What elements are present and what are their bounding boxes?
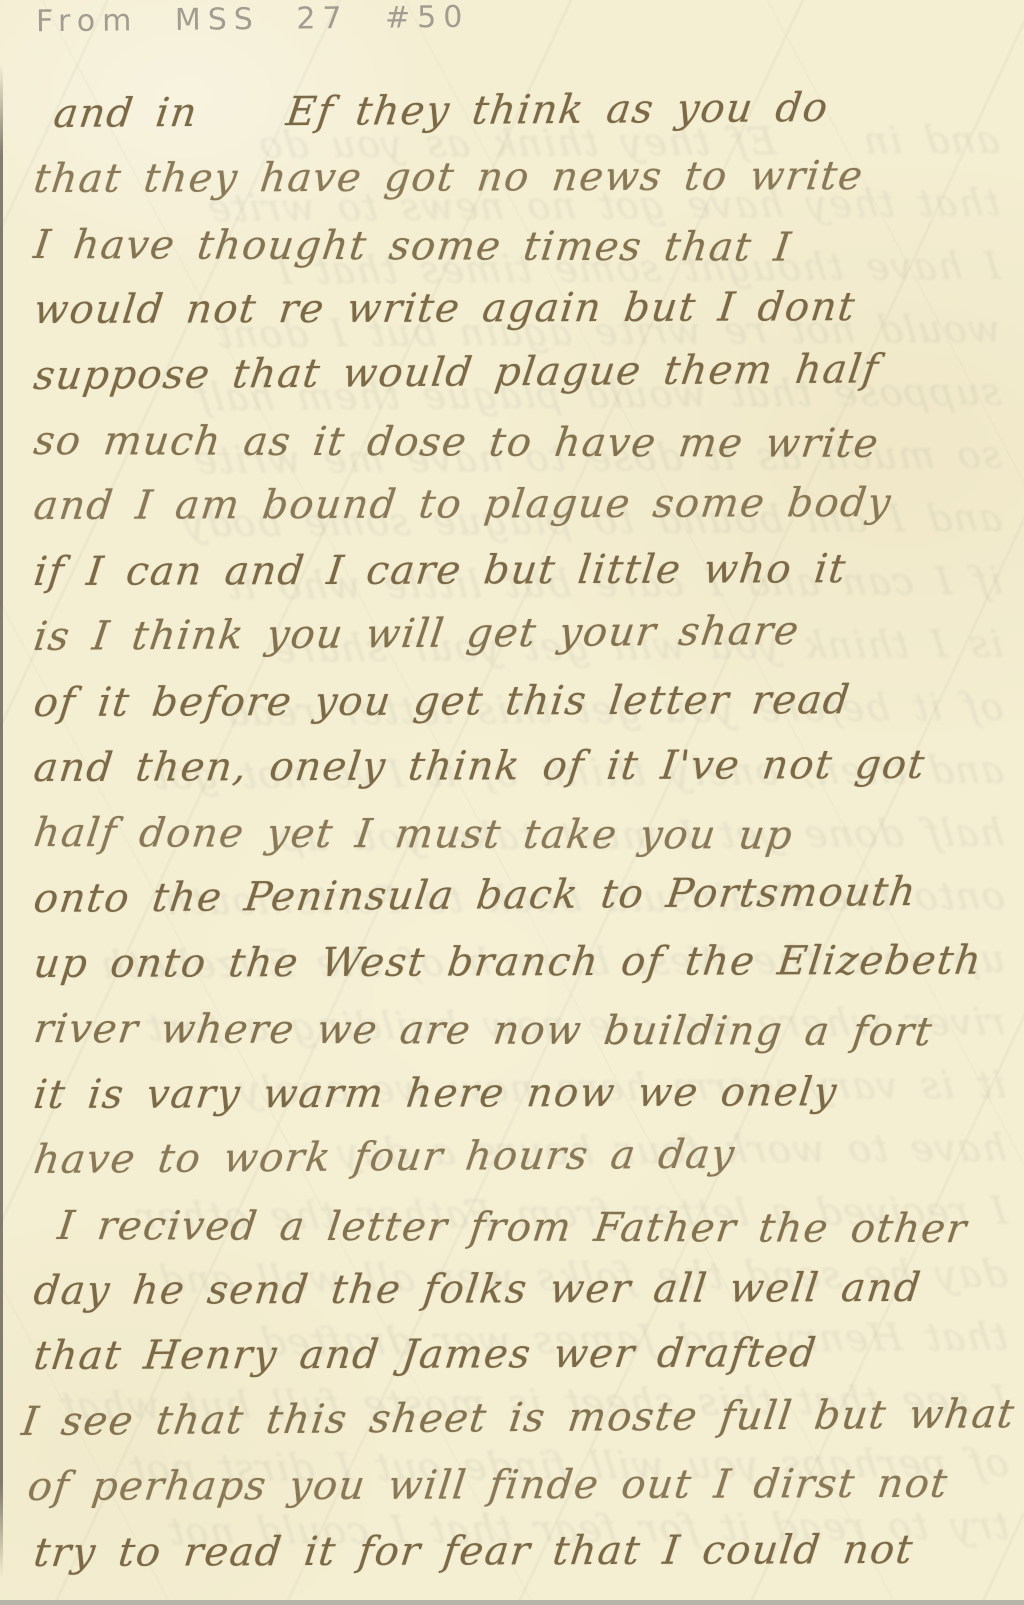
letter-line: and then, onely think of it I've not got [30, 732, 1022, 801]
letter-page: and in Ef they think as you dothat they … [0, 0, 1024, 1605]
letter-line: that Henry and James wer drafted [30, 1321, 1022, 1390]
scan-edge-left [0, 64, 3, 1577]
letter-line: that they have got no news to write [30, 144, 1022, 213]
letter-line: and I am bound to plague some body [30, 471, 1022, 540]
letter-line: of perhaps you will finde out I dirst no… [24, 1452, 1022, 1521]
letter-line: suppose that would plague them half [30, 336, 1024, 409]
letter-line: river where we are now building a fort [30, 997, 1022, 1066]
letter-line: I have thought some times that I [30, 213, 1022, 282]
letter-line: it is vary warm here now we onely [30, 1059, 1022, 1128]
letter-line: I see that this sheet is moste full but … [18, 1382, 1024, 1455]
archival-annotation: From MSS 27 #50 [36, 0, 470, 39]
scan-edge-bottom [0, 1600, 1024, 1605]
letter-line: up onto the West branch of the Elizebeth [30, 929, 1022, 998]
letter-line: day he send the folks wer all well and [30, 1256, 1022, 1325]
letter-line: is I think you will get your share [30, 597, 1024, 670]
letter-body: and in Ef they think as you dothat they … [34, 82, 1018, 1586]
letter-line: and in Ef they think as you do [50, 74, 1024, 147]
letter-line: so much as it dose to have me write [30, 409, 1022, 478]
letter-line: I recived a letter from Father the other [54, 1194, 1022, 1263]
letter-line: if I can and I care but little who it [30, 536, 1022, 605]
letter-line: would not re write again but I dont [30, 275, 1022, 344]
letter-line: onto the Peninsula back to Portsmouth [30, 859, 1024, 932]
letter-line: try to read it for fear that I could not [30, 1517, 1022, 1586]
letter-line: have to work four hours a day [30, 1121, 1024, 1194]
letter-line: of it before you get this letter read [30, 667, 1022, 736]
